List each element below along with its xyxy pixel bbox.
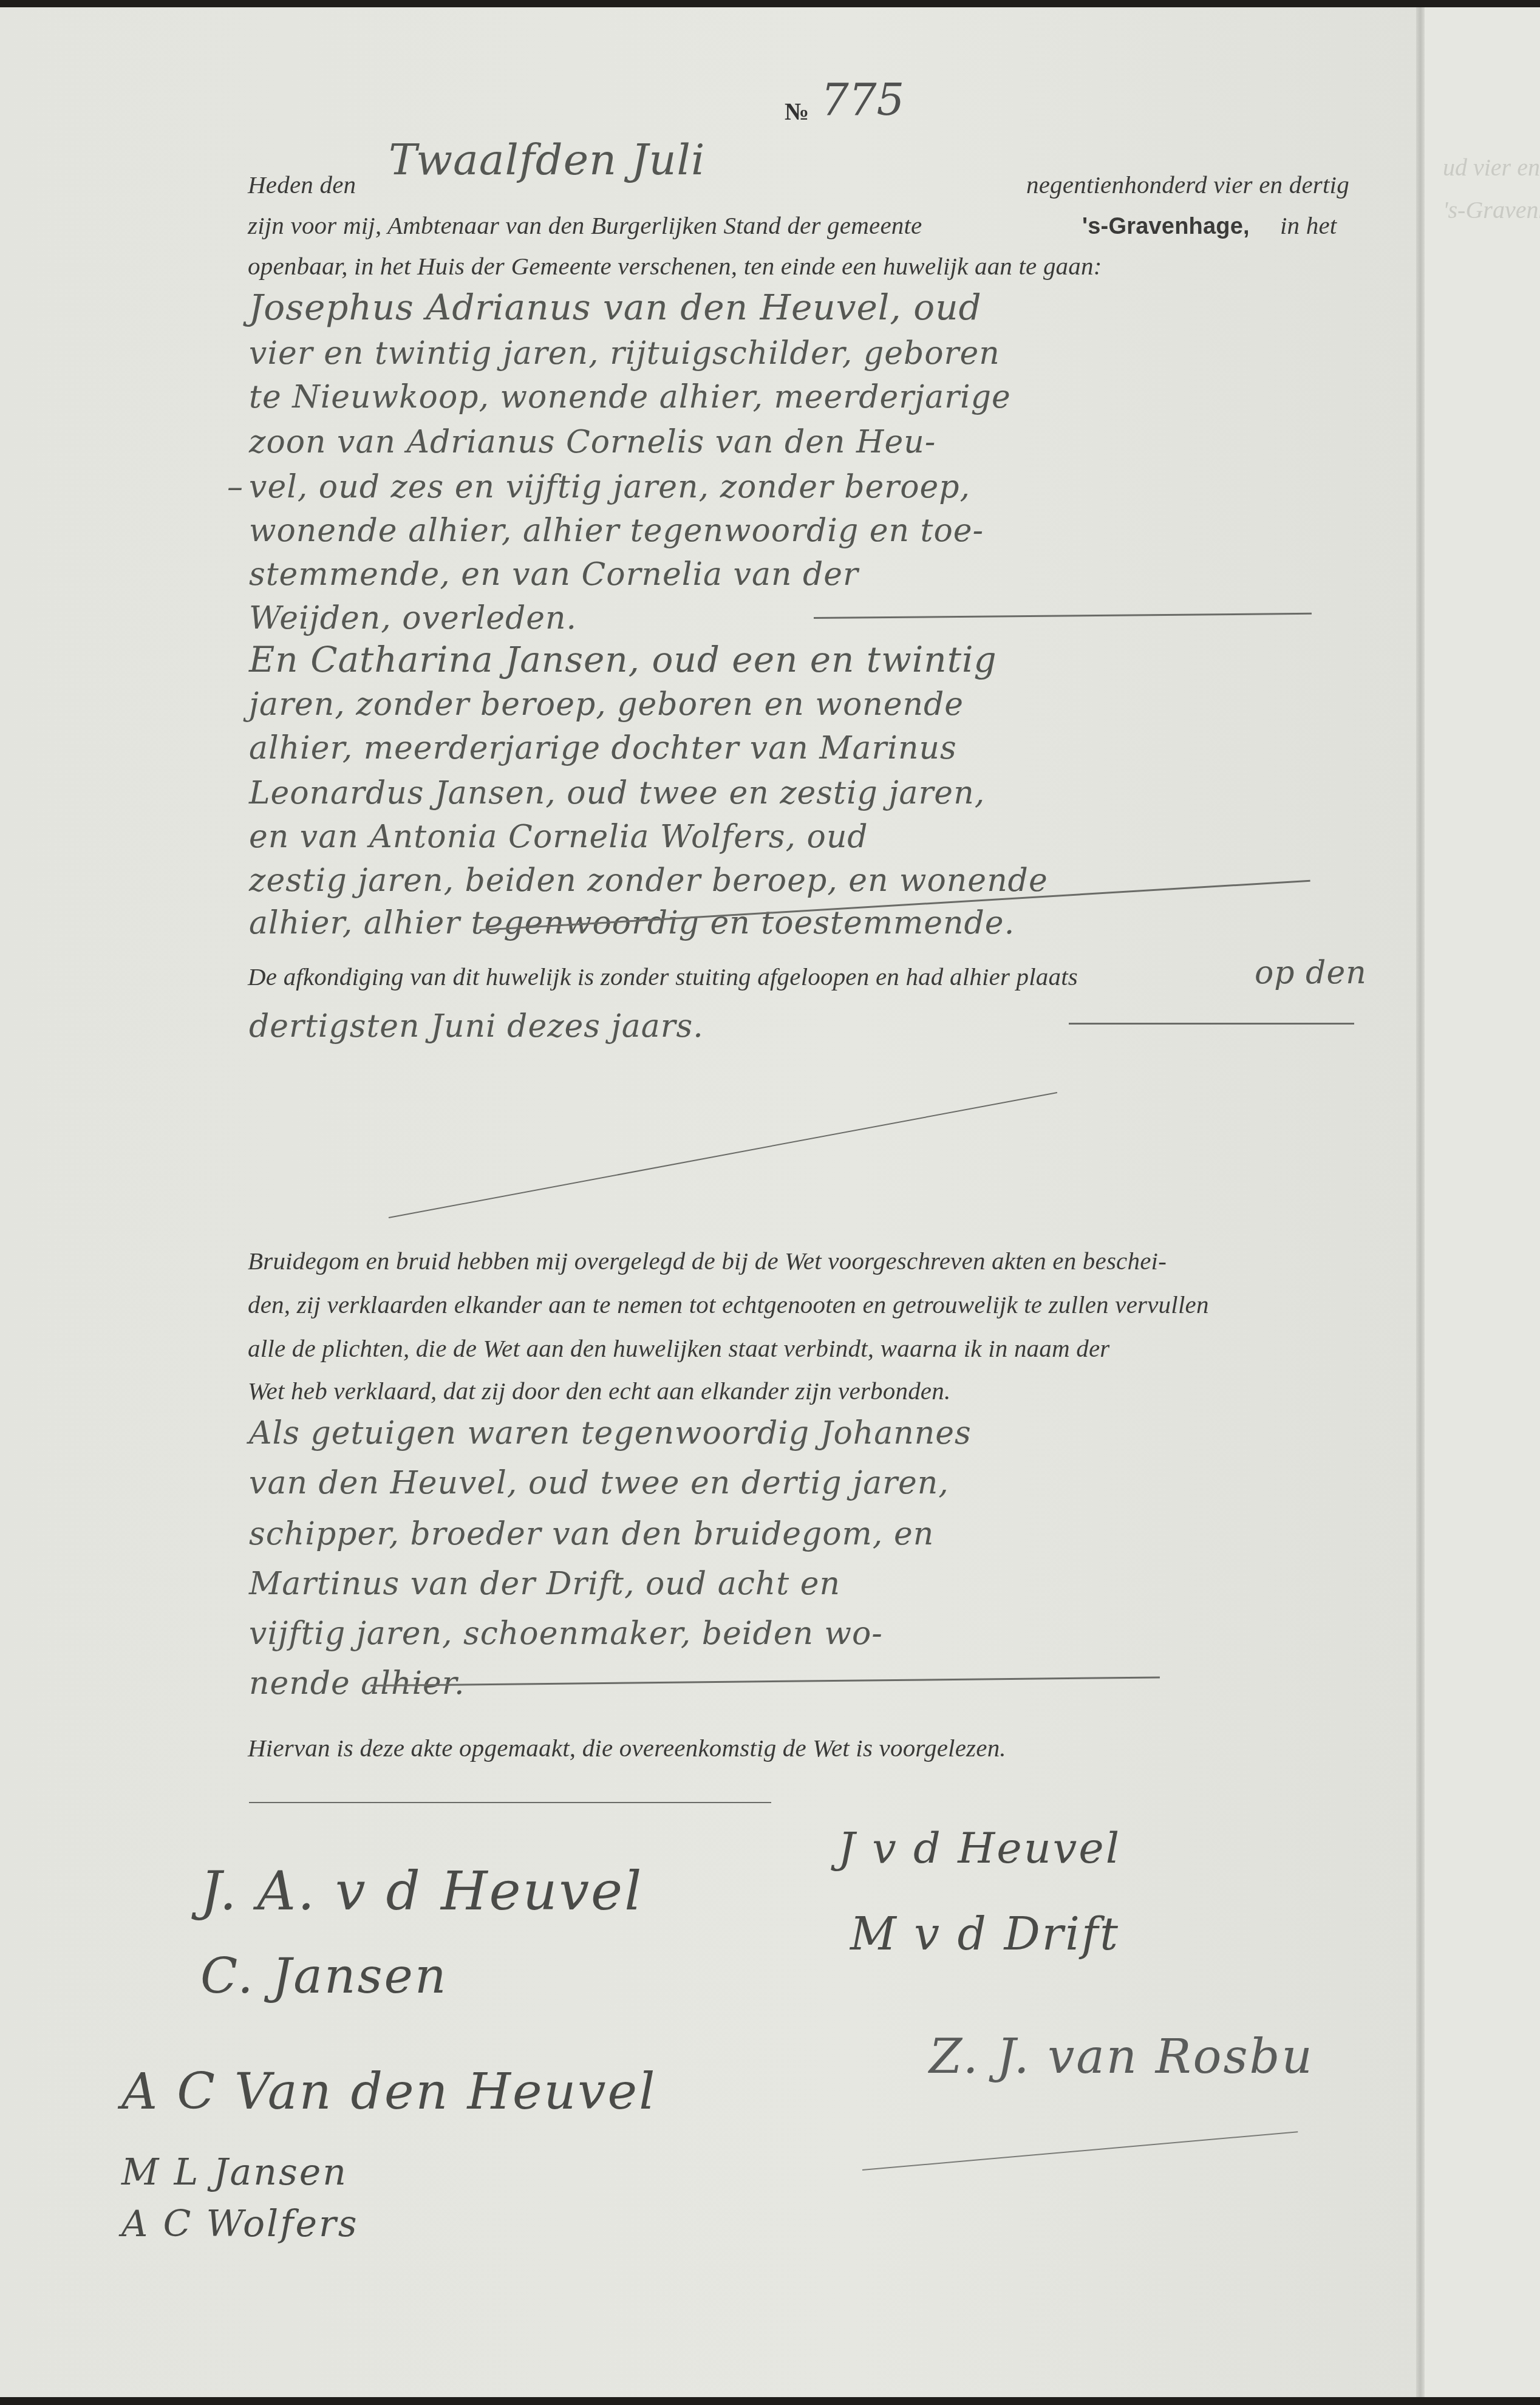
certificate-number-value: 775	[821, 74, 904, 125]
signature-official: Z. J. van Rosbu	[929, 2030, 1314, 2084]
fill-line	[1069, 1023, 1354, 1025]
groom-line: te Nieuwkoop, wonende alhier, meerderjar…	[249, 379, 1011, 415]
signature-mother-bride: A C Wolfers	[121, 2203, 358, 2245]
fill-line	[814, 613, 1312, 619]
handwritten-date: Twaalfden Juli	[389, 135, 705, 185]
proclamation-handwritten-1: op den	[1255, 955, 1367, 991]
closing-statement: Hiervan is deze akte opgemaakt, die over…	[248, 1733, 1006, 1762]
bride-line: en van Antonia Cornelia Wolfers, oud	[249, 819, 868, 855]
witness-line: Als getuigen waren tegenwoordig Johannes	[249, 1415, 972, 1452]
bride-line: alhier, alhier tegenwoordig en toestemme…	[249, 905, 1015, 941]
bride-line: jaren, zonder beroep, geboren en wonende	[249, 686, 964, 723]
groom-line: stemmende, en van Cornelia van der	[249, 556, 859, 593]
bride-line: alhier, meerderjarige dochter van Marinu…	[249, 730, 957, 766]
scan-bottom-edge	[0, 2397, 1540, 2405]
witness-line: schipper, broeder van den bruidegom, en	[249, 1516, 934, 1552]
groom-line: vel, oud zes en vijftig jaren, zonder be…	[249, 469, 970, 505]
bleed-through-text: ud vier en d	[1443, 153, 1540, 182]
declaration-line: den, zij verklaarden elkander aan te nem…	[248, 1290, 1209, 1319]
header-year-text: negentienhonderd vier en dertig	[1026, 170, 1349, 199]
declaration-line: Wet heb verklaard, dat zij door den echt…	[248, 1376, 950, 1405]
proclamation-printed: De afkondiging van dit huwelijk is zonde…	[248, 962, 1078, 991]
municipality-name: 's-Gravenhage,	[1082, 214, 1250, 239]
signature-separator	[249, 1802, 771, 1803]
groom-line: Josephus Adrianus van den Heuvel, oud	[249, 287, 982, 328]
margin-mark: –	[227, 469, 244, 505]
header-in-het: in het	[1280, 211, 1337, 240]
witness-line: van den Heuvel, oud twee en dertig jaren…	[249, 1465, 949, 1501]
book-gutter	[1416, 7, 1425, 2397]
signature-father-groom: A C Van den Heuvel	[121, 2063, 656, 2121]
proclamation-handwritten-2: dertigsten Juni dezes jaars.	[249, 1008, 704, 1045]
declaration-line: Bruidegom en bruid hebben mij overgelegd…	[248, 1246, 1167, 1275]
signature-witness-1: J v d Heuvel	[838, 1823, 1121, 1873]
certificate-page: № 775 Heden den Twaalfden Juli negentien…	[0, 7, 1424, 2397]
declaration-line: alle de plichten, die de Wet aan den huw…	[248, 1334, 1110, 1363]
bleed-through-text: 's-Gravenhage, i	[1443, 196, 1540, 224]
bride-line: Leonardus Jansen, oud twee en zestig jar…	[249, 775, 985, 811]
witness-line: vijftig jaren, schoenmaker, beiden wo-	[249, 1615, 883, 1652]
groom-line: zoon van Adrianus Cornelis van den Heu-	[249, 424, 936, 460]
certificate-number-label: №	[785, 97, 809, 126]
signature-groom: J. A. v d Heuvel	[200, 1860, 643, 1922]
signature-bride: C. Jansen	[200, 1948, 448, 2004]
adjacent-page: ud vier en d 's-Gravenhage, i	[1425, 7, 1540, 2397]
header-official-text: zijn voor mij, Ambtenaar van den Burgerl…	[248, 211, 922, 240]
signature-witness-2: M v d Drift	[850, 1908, 1120, 1960]
bride-line: zestig jaren, beiden zonder beroep, en w…	[249, 862, 1048, 899]
groom-line: Weijden, overleden.	[249, 600, 577, 636]
groom-line: wonende alhier, alhier tegenwoordig en t…	[249, 513, 984, 549]
witness-line: Martinus van der Drift, oud acht en	[249, 1566, 840, 1602]
signature-father-bride: M L Jansen	[121, 2151, 348, 2194]
signature-flourish	[862, 2131, 1298, 2171]
strike-line	[389, 1092, 1057, 1218]
bride-line: En Catharina Jansen, oud een en twintig	[249, 639, 997, 680]
header-line-3: openbaar, in het Huis der Gemeente versc…	[248, 251, 1102, 281]
fill-line	[370, 1676, 1160, 1687]
header-prefix: Heden den	[248, 170, 356, 199]
groom-line: vier en twintig jaren, rijtuigschilder, …	[249, 335, 1000, 372]
